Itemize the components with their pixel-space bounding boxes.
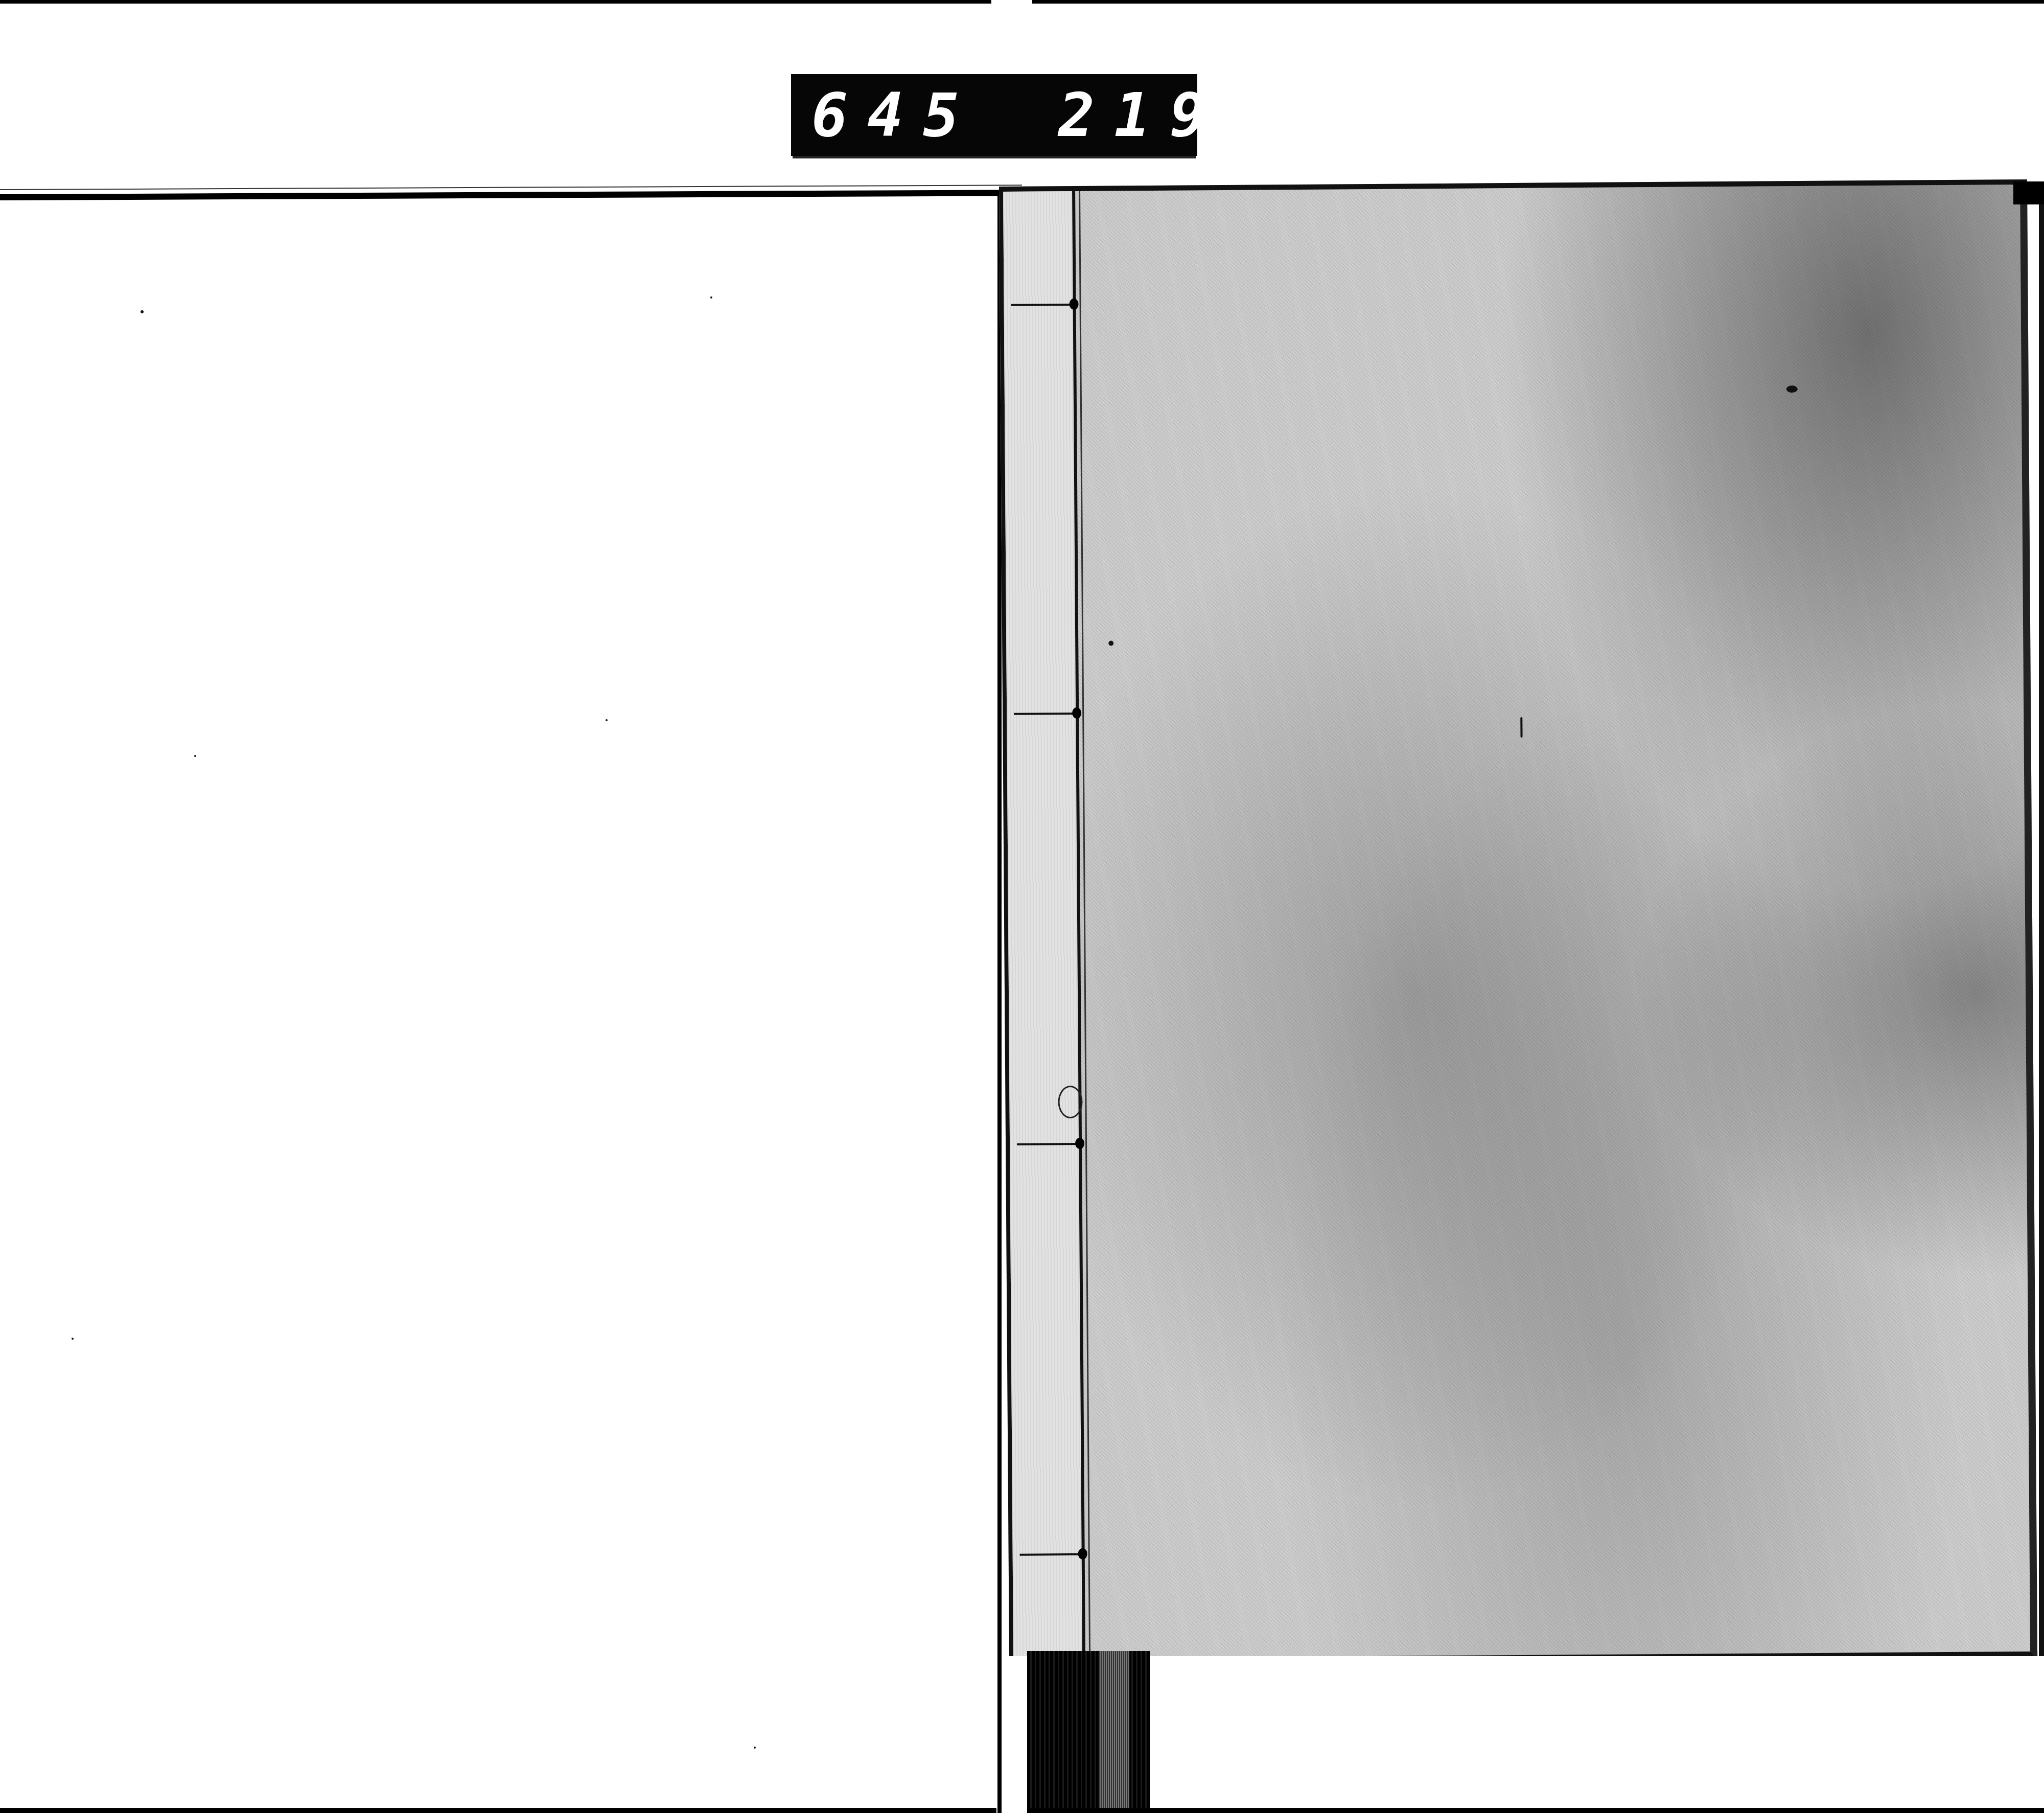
right-edge-tab — [2013, 181, 2044, 204]
scratch — [1520, 717, 1522, 738]
speck — [606, 719, 608, 721]
header-divider — [0, 190, 1022, 200]
speck — [72, 1338, 74, 1340]
top-frame-line-left — [0, 0, 991, 4]
left-blank-page — [0, 200, 996, 1813]
bottom-frame-line-left — [0, 1808, 996, 1813]
book-cover — [999, 179, 2037, 1668]
top-frame-line-right — [1032, 0, 2044, 4]
frame-label-strip: 6 4 5 2 1 9. — [791, 74, 1197, 156]
page-block-bottom — [1004, 1656, 2044, 1813]
digit: 9 — [1170, 80, 1208, 150]
speck — [1786, 385, 1798, 393]
oval-stamp-icon — [1058, 1086, 1082, 1118]
stitch-knot-icon — [1070, 299, 1079, 310]
binding-strip — [1003, 191, 1085, 1659]
spine-shadow — [1027, 1651, 1150, 1813]
speck — [1108, 640, 1113, 646]
stitch-knot-icon — [1075, 1138, 1084, 1149]
digit: 6 — [811, 80, 850, 150]
digit: 4 — [867, 80, 905, 150]
header-divider-thin — [0, 185, 1022, 190]
frame-number-left: 6 4 5 — [811, 80, 961, 150]
bottom-frame-line-right — [1027, 1808, 2044, 1813]
speck — [710, 296, 712, 299]
frame-number-right: 2 1 9. — [1058, 80, 1246, 150]
stitch-knot-icon — [1078, 1548, 1087, 1559]
speck — [194, 755, 196, 757]
speck — [141, 310, 144, 313]
speck — [754, 1747, 756, 1749]
stitch-knot-icon — [1072, 707, 1081, 719]
spine-edge — [1099, 1651, 1129, 1813]
trailing-mark: . — [1225, 80, 1246, 150]
digit: 1 — [1114, 80, 1152, 150]
digit: 5 — [923, 80, 961, 150]
right-page-edge — [2039, 204, 2044, 1813]
digit: 2 — [1058, 80, 1097, 150]
